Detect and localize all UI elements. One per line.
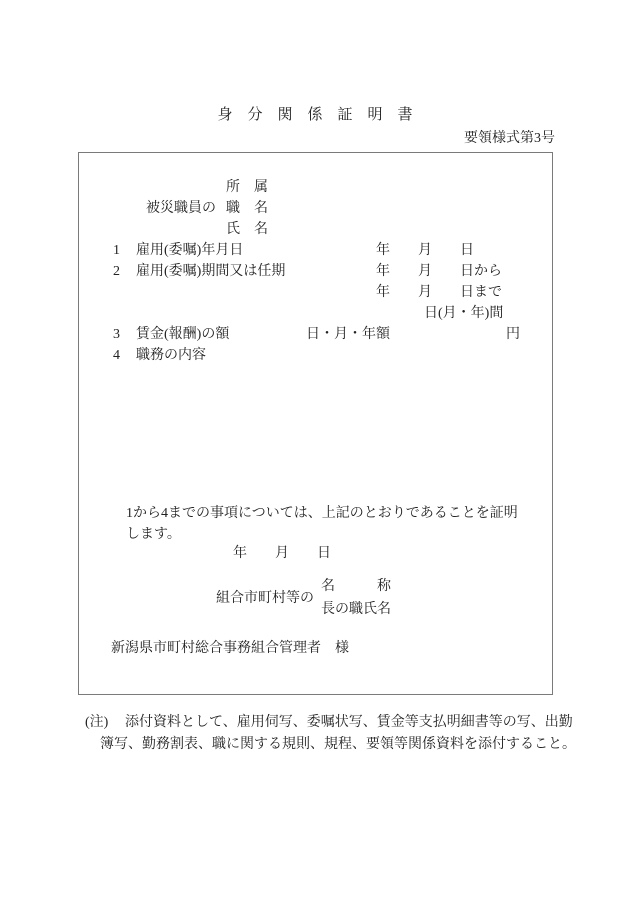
page-title: 身 分 関 係 証 明 書	[0, 107, 630, 123]
certificate-box: 所 属 被災職員の 職 名 氏 名 1 雇用(委嘱)年月日 年 月 日 2 雇用…	[78, 152, 553, 695]
item3-unit-label: 円	[506, 327, 520, 342]
item1-number: 1	[113, 243, 120, 258]
item2-label: 雇用(委嘱)期間又は任期	[136, 264, 285, 279]
item2-date-to-field: 年 月 日まで	[376, 285, 502, 300]
signer-group-label: 組合市町村等の	[216, 591, 314, 606]
signer-title-line: 長の職氏名	[321, 602, 391, 617]
staff-name-field: 氏 名	[226, 222, 268, 237]
item1-date-field: 年 月 日	[376, 243, 474, 258]
certification-line2: します。	[126, 527, 181, 542]
footnote-line1: 添付資料として、雇用伺写、委嘱状写、賃金等支払明細書等の写、出勤	[125, 715, 573, 730]
signer-name-line: 名 称	[321, 579, 391, 594]
item2-number: 2	[113, 264, 120, 279]
item3-number: 3	[113, 327, 120, 342]
item4-number: 4	[113, 348, 120, 363]
item1-label: 雇用(委嘱)年月日	[136, 243, 243, 258]
item3-period-field: 日・月・年額	[306, 327, 390, 342]
item3-label: 賃金(報酬)の額	[136, 327, 229, 342]
addressee-line: 新潟県市町村総合事務組合管理者 様	[111, 641, 349, 656]
certification-line1: 1から4までの事項については、上記のとおりであることを証明	[126, 506, 518, 521]
form-code: 要領様式第3号	[464, 131, 555, 146]
footnote-prefix: (注)	[85, 715, 108, 730]
item2-date-from-field: 年 月 日から	[376, 264, 502, 279]
certification-date-field: 年 月 日	[233, 546, 331, 561]
item2-duration-field: 日(月・年)間	[424, 306, 503, 321]
footnote-line2: 簿写、勤務割表、職に関する規則、規程、要領等関係資料を添付すること。	[100, 737, 576, 752]
document-page: 身 分 関 係 証 明 書 要領様式第3号 所 属 被災職員の 職 名 氏 名 …	[0, 0, 630, 903]
staff-job-title-field: 職 名	[226, 201, 268, 216]
staff-affiliation-field: 所 属	[226, 180, 268, 195]
item4-label: 職務の内容	[136, 348, 206, 363]
staff-group-label: 被災職員の	[146, 201, 216, 216]
